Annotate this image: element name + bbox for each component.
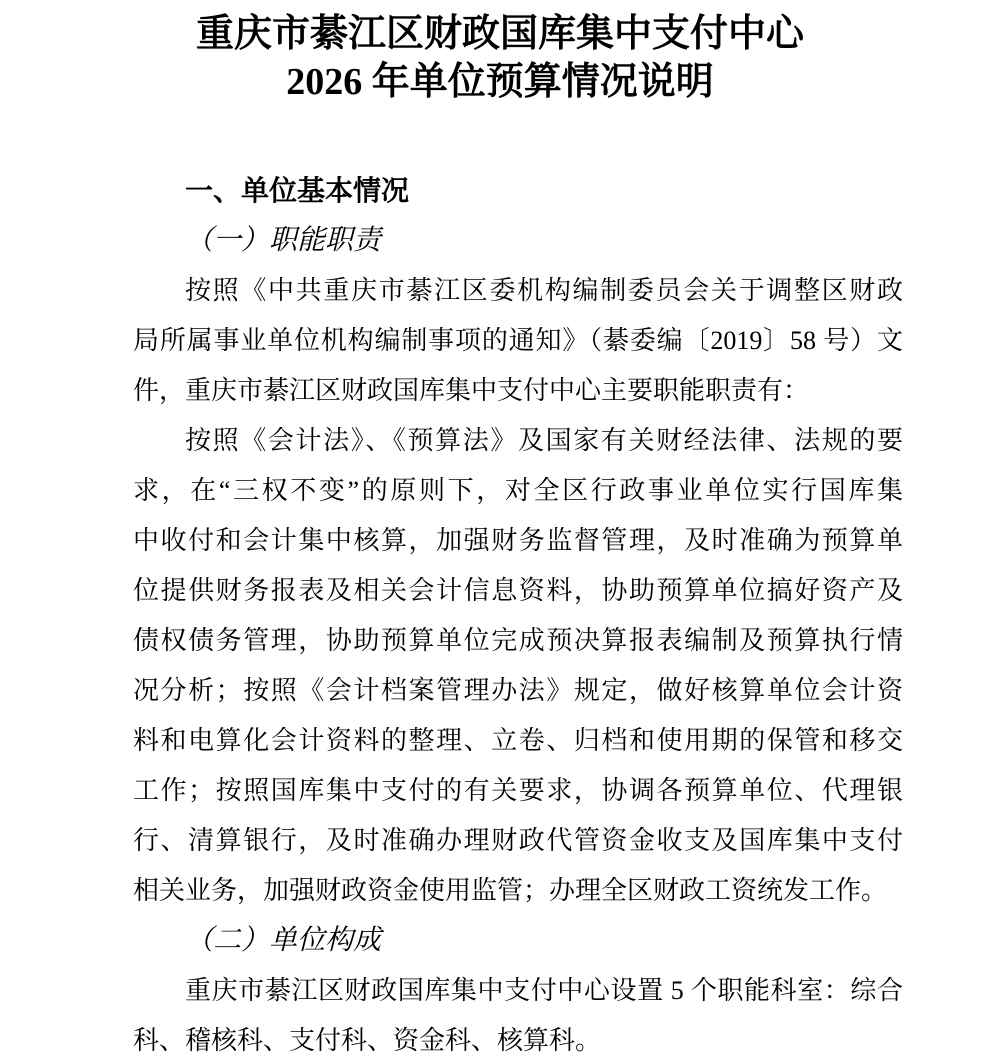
text-line: 科、稽核科、支付科、资金科、核算科。 (133, 1016, 903, 1061)
text-line: 位提供财务报表及相关会计信息资料，协助预算单位搞好资产及 (133, 566, 903, 616)
text-line: 求，在“三权不变”的原则下，对全区行政事业单位实行国库集 (133, 466, 903, 516)
paragraph-functions-basis: 按照《中共重庆市綦江区委机构编制委员会关于调整区财政 局所属事业单位机构编制事项… (133, 266, 903, 416)
sub-heading-functions: （一）职能职责 (133, 216, 903, 266)
document-title-line-2: 2026 年单位预算情况说明 (0, 58, 1000, 106)
text-line: 相关业务，加强财政资金使用监管；办理全区财政工资统发工作。 (133, 866, 903, 916)
text-line: 债权债务管理，协助预算单位完成预决算报表编制及预算执行情 (133, 616, 903, 666)
text-line: 局所属事业单位机构编制事项的通知》（綦委编〔2019〕58 号）文 (133, 316, 903, 366)
sub-heading-unit-composition: （二）单位构成 (133, 916, 903, 966)
text-line: 按照《会计法》、《预算法》及国家有关财经法律、法规的要 (133, 416, 903, 466)
text-line: 工作；按照国库集中支付的有关要求，协调各预算单位、代理银 (133, 766, 903, 816)
text-line: 料和电算化会计资料的整理、立卷、归档和使用期的保管和移交 (133, 716, 903, 766)
text-line: 行、清算银行，及时准确办理财政代管资金收支及国库集中支付 (133, 816, 903, 866)
document-title-line-1: 重庆市綦江区财政国库集中支付中心 (0, 10, 1000, 58)
paragraph-unit-composition: 重庆市綦江区财政国库集中支付中心设置 5 个职能科室：综合 科、稽核科、支付科、… (133, 966, 903, 1061)
text-line: 况分析；按照《会计档案管理办法》规定，做好核算单位会计资 (133, 666, 903, 716)
section-heading-basic-info: 一、单位基本情况 (133, 166, 903, 216)
text-line: 重庆市綦江区财政国库集中支付中心设置 5 个职能科室：综合 (133, 966, 903, 1016)
budget-document-page: 重庆市綦江区财政国库集中支付中心 2026 年单位预算情况说明 一、单位基本情况… (0, 0, 1000, 1061)
paragraph-functions-detail: 按照《会计法》、《预算法》及国家有关财经法律、法规的要 求，在“三权不变”的原则… (133, 416, 903, 916)
text-line: 件，重庆市綦江区财政国库集中支付中心主要职能职责有： (133, 366, 903, 416)
text-line: 按照《中共重庆市綦江区委机构编制委员会关于调整区财政 (133, 266, 903, 316)
document-body: 一、单位基本情况 （一）职能职责 按照《中共重庆市綦江区委机构编制委员会关于调整… (133, 166, 903, 1061)
text-line: 中收付和会计集中核算，加强财务监督管理，及时准确为预算单 (133, 516, 903, 566)
document-title: 重庆市綦江区财政国库集中支付中心 2026 年单位预算情况说明 (0, 10, 1000, 106)
